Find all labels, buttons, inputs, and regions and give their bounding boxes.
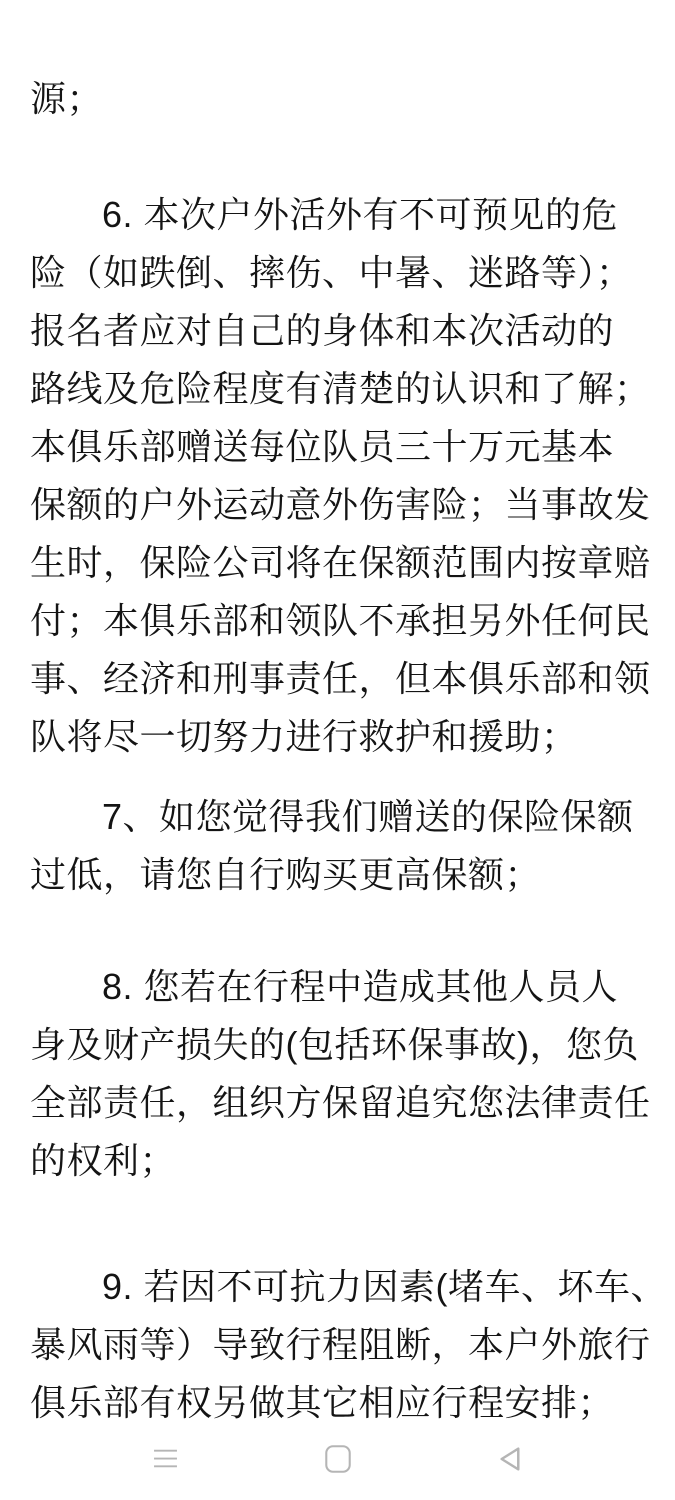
text-line: 生时，保险公司将在保额范围内按章赔 [30,534,645,592]
text-line: 本俱乐部赠送每位队员三十万元基本 [30,418,645,476]
text-line: 9. 若因不可抗力因素(堵车、坏车、 [30,1258,645,1316]
text-line: 事、经济和刑事责任，但本俱乐部和领 [30,650,645,708]
home-button[interactable] [324,1446,352,1474]
text-line: 保额的户外运动意外伤害险；当事故发 [30,476,645,534]
paragraph: 9. 若因不可抗力因素(堵车、坏车、暴风雨等）导致行程阻断，本户外旅行俱乐部有权… [30,1258,645,1432]
phone-screen: 源；6. 本次户外活外有不可预见的危险（如跌倒、摔伤、中暑、迷路等）；报名者应对… [0,0,675,1500]
text-line: 付；本俱乐部和领队不承担另外任何民 [30,592,645,650]
paragraph: 源； [30,70,645,128]
text-line: 6. 本次户外活外有不可预见的危 [30,186,645,244]
home-icon [325,1445,351,1476]
text-line: 8. 您若在行程中造成其他人员人 [30,958,645,1016]
text-line: 源； [30,70,645,128]
paragraph: 7、如您觉得我们赠送的保险保额过低，请您自行购买更高保额； [30,788,645,904]
text-line: 过低，请您自行购买更高保额； [30,846,645,904]
back-button[interactable] [496,1446,524,1474]
text-line: 路线及危险程度有清楚的认识和了解； [30,360,645,418]
system-navigation-bar [0,1420,675,1500]
menu-button[interactable] [151,1446,179,1474]
back-icon [497,1445,524,1476]
text-line: 的权利； [30,1132,645,1190]
text-line: 身及财产损失的(包括环保事故)，您负 [30,1016,645,1074]
text-line: 报名者应对自己的身体和本次活动的 [30,302,645,360]
text-line: 险（如跌倒、摔伤、中暑、迷路等）； [30,244,645,302]
paragraph: 8. 您若在行程中造成其他人员人身及财产损失的(包括环保事故)，您负全部责任，组… [30,958,645,1190]
text-line: 队将尽一切努力进行救护和援助； [30,708,645,766]
text-line: 7、如您觉得我们赠送的保险保额 [30,788,645,846]
paragraph: 6. 本次户外活外有不可预见的危险（如跌倒、摔伤、中暑、迷路等）；报名者应对自己… [30,186,645,766]
menu-icon [153,1446,178,1474]
document-body: 源；6. 本次户外活外有不可预见的危险（如跌倒、摔伤、中暑、迷路等）；报名者应对… [0,0,675,1432]
text-line: 全部责任，组织方保留追究您法律责任 [30,1074,645,1132]
text-line: 暴风雨等）导致行程阻断，本户外旅行 [30,1316,645,1374]
